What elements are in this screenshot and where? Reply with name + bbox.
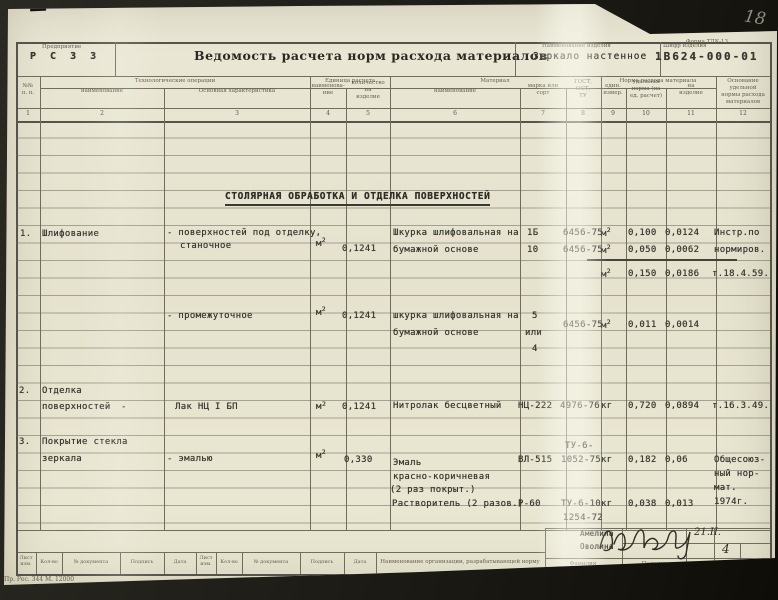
footer-label-listov: листов (718, 562, 736, 567)
footer-label-list: лист (749, 562, 761, 567)
cell-row1-sum-per-item: 0,0186 (665, 270, 699, 279)
cell-row3-tu: ТУ-6- (565, 442, 594, 451)
cell-row1b-material: шкурка шлифовальная на (393, 312, 519, 321)
col-number: 6 (453, 111, 457, 117)
footer-label-data: Дата (354, 560, 367, 565)
grid-line (376, 552, 377, 574)
cell-row1-measure: м2 (601, 244, 611, 256)
footer-sheets-handwritten: 4 (722, 543, 730, 555)
footer-label-izm: изм. (20, 562, 32, 567)
cell-row3-unit-norm: 0,182 (628, 456, 657, 465)
cell-row1-mark: 1Б (527, 229, 538, 238)
col7-header: марка или (528, 84, 558, 90)
footer-label-doc-no: № документа (254, 560, 288, 565)
cell-row3-basis: 1974г. (714, 498, 748, 507)
grid-line (164, 552, 165, 574)
scan-notch (30, 4, 46, 12)
col-number: 3 (235, 111, 239, 117)
col11-header: на (688, 84, 695, 90)
col-number: 7 (541, 111, 545, 117)
unit-m: м (316, 403, 322, 412)
cell-row2-material: Нитролак бесцветный (393, 402, 502, 411)
col3-header: Основная характеристика (199, 89, 275, 95)
product-code-value: 1В624-000-01 (655, 51, 758, 62)
cell-row1-sum-norm: 0,150 (628, 270, 657, 279)
cell-row1-material: Шкурка шлифовальная на (393, 229, 519, 238)
col-group-operations: Технологические операции (135, 79, 215, 85)
cell-row1-material: бумажной основе (393, 246, 479, 255)
cell-row1b-mark: 4 (532, 345, 538, 354)
cell-row1-unit-norm: 0,050 (628, 246, 657, 255)
footer-label-data: Дата (693, 562, 707, 568)
cell-row3-mark: Р-60 (518, 500, 541, 509)
section-title: СТОЛЯРНАЯ ОБРАБОТКА И ОТДЕЛКА ПОВЕРХНОСТ… (225, 192, 490, 206)
grid-line (545, 528, 546, 574)
cell-row3-material: (2 раз покрыт.) (390, 486, 476, 495)
unit-sup: 2 (322, 305, 326, 313)
print-info: Пр. Рес. 344 М. 12000 (4, 577, 74, 583)
cell-row3-per-item: 0,013 (665, 500, 694, 509)
grid-line (16, 76, 770, 77)
cell-row2-unit-norm: 0,720 (628, 402, 657, 411)
cell-row1b-qty: 0,1241 (342, 312, 376, 321)
cell-row1-sum-measure: м2 (601, 268, 611, 280)
col-number: 5 (366, 111, 370, 117)
footer-label-kolvo: Кол-во (220, 560, 238, 565)
cell-row1-basis: нормиров. (714, 246, 765, 255)
cell-row3-material: красно-коричневая (393, 473, 490, 482)
col12-header: нормы расхода (721, 93, 765, 99)
col10-header: ед. расчет) (630, 94, 662, 100)
cell-row3-basis: Общесоюз- (714, 456, 765, 465)
cell-row1-per-item: 0,0124 (665, 229, 699, 238)
cell-row1b-mark: или (525, 329, 542, 338)
col4-header: наименова- (311, 84, 344, 90)
cell-row3-measure: кг (601, 456, 612, 465)
form-paper: Форма ТДК-13 Предприятие Р С З З Ведомос… (0, 0, 778, 600)
cell-row1-unit: м2 (316, 237, 326, 249)
grid-line (115, 42, 116, 76)
cell-row2-num: 2. (19, 387, 30, 396)
product-code-label: Шифр изделия (663, 44, 706, 50)
cell-row3-tu: ТУ-6-10 (561, 500, 601, 509)
page-number-handwritten: 18 (743, 8, 767, 28)
cell-row3-basis: ный нор- (714, 470, 760, 479)
product-name-value: Зеркало настенное (533, 52, 647, 62)
unit-sup: 2 (322, 400, 326, 408)
cell-row1-characteristic: - поверхностей под отделку, (167, 229, 321, 238)
col12-header: удельной (729, 86, 756, 92)
cell-row2-qty: 0,1241 (342, 403, 376, 412)
cell-row1b-per-item: 0,0014 (665, 321, 699, 330)
product-name-label: Наименование изделия (542, 44, 611, 50)
cell-row1-sum-basis: т.18.4.59. (712, 270, 769, 279)
footer-label-izm: изм. (200, 562, 212, 567)
cell-row2-dash: - (121, 403, 127, 412)
col5-header: на (365, 88, 372, 94)
cell-row2-operation: поверхностей (42, 403, 111, 412)
footer-label-data: Дата (174, 560, 187, 565)
col-number: 8 (581, 111, 585, 117)
footer-label-podpis: Подпись (131, 560, 154, 565)
cell-row3-unit: м2 (316, 449, 326, 461)
col8-header: ГОСТ, (574, 80, 592, 86)
cell-row2-basis: т.16.3.49. (712, 402, 769, 411)
enterprise-label: Предприятие (42, 45, 81, 51)
grid-line (300, 552, 301, 574)
cell-row1-qty: 0,1241 (342, 245, 376, 254)
grid-line (242, 552, 243, 574)
enterprise-value: Р С З З (30, 52, 100, 62)
cell-row3-material: Эмаль (393, 459, 422, 468)
grid-line (196, 552, 197, 574)
cell-row3-num: 3. (19, 438, 30, 447)
cell-row3-qty: 0,330 (344, 456, 373, 465)
col-number: 10 (642, 111, 650, 117)
cell-row2-operation: Отделка (42, 387, 82, 396)
footer-org-label: Наименование организации, разрабатывающе… (380, 560, 540, 566)
grid-line (16, 552, 545, 553)
col1-header: п. п. (22, 91, 35, 97)
col11-header: изделие (679, 91, 703, 97)
subtotal-underline (587, 259, 737, 261)
col6-header: наименование (434, 89, 476, 95)
cell-row2-mark: НЦ-222 (518, 402, 552, 411)
col-group-material: Материал (480, 79, 509, 85)
col-number: 12 (739, 111, 747, 117)
cell-row1-num: 1. (20, 230, 31, 239)
cell-row1b-gost: 6456-75 (563, 321, 603, 330)
footer-label-podpis: Подпись (311, 560, 334, 565)
signature-handwriting (594, 518, 709, 560)
col8-header: ОСТ, (576, 87, 590, 93)
cell-row3-unit-norm: 0,038 (628, 500, 657, 509)
grid-line (16, 108, 770, 109)
grid-line (120, 552, 121, 574)
col2-header: наименование (81, 89, 123, 95)
cell-row2-measure: кг (601, 402, 612, 411)
document-title: Ведомость расчета норм расхода материало… (194, 50, 548, 63)
col12-header: Основание (727, 79, 759, 85)
footer-label-kolvo: Кол-во (40, 560, 58, 565)
grid-line (216, 552, 217, 574)
col10-header: удельная (633, 80, 660, 86)
col-number: 1 (26, 111, 30, 117)
footer-label-podpis: Подпись (642, 562, 667, 568)
unit-sup: 2 (607, 243, 611, 251)
grid-line (344, 552, 345, 574)
cell-row3-characteristic: - эмалью (167, 455, 213, 464)
cell-row1-measure: м2 (601, 227, 611, 239)
unit-sup: 2 (607, 226, 611, 234)
scanned-document-scene: 18 (0, 0, 778, 600)
col5-header: изделие (356, 95, 380, 101)
unit-sup: 2 (607, 267, 611, 275)
cell-row1b-mark: 5 (532, 312, 538, 321)
cell-row1b-unit-norm: 0,011 (628, 321, 657, 330)
cell-row3-per-item: 0,06 (665, 456, 688, 465)
cell-row1-unit-norm: 0,100 (628, 229, 657, 238)
col9-header: един. (605, 84, 621, 90)
cell-row1-gost: 6456-75 (563, 229, 603, 238)
unit-sup: 2 (322, 448, 326, 456)
cell-row3-tu: 1052-75 (561, 456, 601, 465)
cell-row3-measure: кг (601, 500, 612, 509)
grid-line (62, 552, 63, 574)
cell-row1-characteristic: станочное (180, 242, 231, 251)
grid-line (36, 552, 37, 574)
cell-row3-mark: ВЛ-515 (518, 456, 552, 465)
col10-header: норма (на (632, 87, 661, 93)
col4-header: ние (323, 91, 334, 97)
col9-header: измер. (603, 91, 622, 97)
footer-label-familia: Фамилия (570, 562, 596, 568)
col12-header: материалов (726, 100, 760, 106)
col5-header: количество (351, 81, 384, 87)
grid-line (740, 543, 741, 574)
cell-row3-basis: мат. (714, 484, 737, 493)
cell-row1-per-item: 0,0062 (665, 246, 699, 255)
col1-header: №№ (23, 84, 33, 90)
cell-row2-characteristic: Лак НЦ I БП (175, 403, 238, 412)
cell-row1-operation: Шлифование (42, 230, 99, 239)
col8-header: ТУ (579, 94, 587, 100)
cell-row2-per-item: 0,0894 (665, 402, 699, 411)
cell-row1-basis: Инстр.по (714, 229, 760, 238)
cell-row1-gost: 6456-75 (563, 246, 603, 255)
col-number: 11 (687, 111, 695, 117)
cell-row1b-characteristic: - промежуточное (167, 312, 253, 321)
cell-row1b-unit: м2 (316, 306, 326, 318)
cell-row3-operation: зеркала (42, 455, 82, 464)
grid-line (16, 574, 770, 576)
unit-sup: 2 (322, 236, 326, 244)
col-number: 2 (100, 111, 104, 117)
cell-row1b-material: бумажной основе (393, 329, 479, 338)
unit-sup: 2 (607, 318, 611, 326)
cell-row3-operation: Покрытие стекла (42, 438, 128, 447)
col-number: 9 (611, 111, 615, 117)
cell-row1b-measure: м2 (601, 319, 611, 331)
grid-line (16, 42, 770, 44)
cell-row3-material: Растворитель (2 разов.) (392, 500, 524, 509)
col-number: 4 (326, 111, 330, 117)
cell-row2-gost: 4976-76 (560, 402, 600, 411)
grid-line (770, 42, 772, 574)
cell-row1-mark: 10 (527, 246, 538, 255)
footer-label-doc-no: № документа (74, 560, 108, 565)
col7-header: сорт (537, 91, 550, 97)
